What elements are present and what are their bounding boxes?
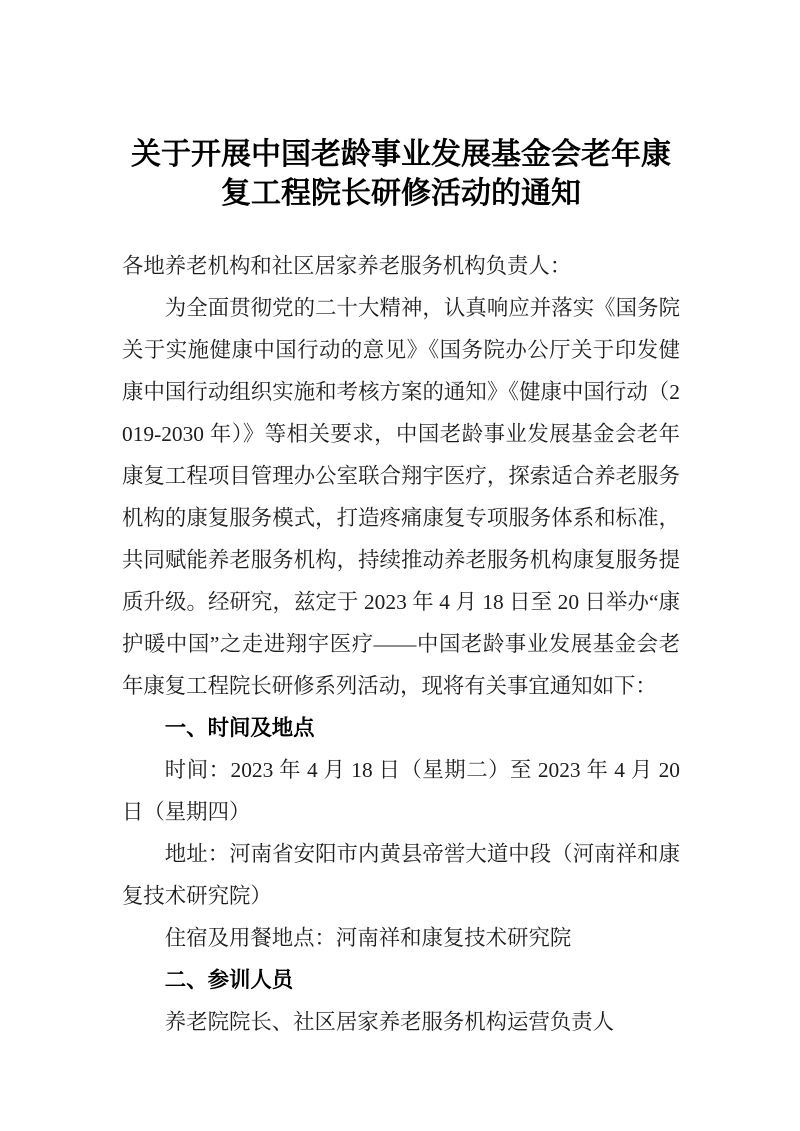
- section-1-time-paragraph: 时间：2023 年 4 月 18 日（星期二）至 2023 年 4 月 20 日…: [122, 749, 680, 833]
- salutation: 各地养老机构和社区居家养老服务机构负责人：: [122, 245, 680, 287]
- document-title: 关于开展中国老龄事业发展基金会老年康复工程院长研修活动的通知: [122, 135, 680, 213]
- document-page: 关于开展中国老龄事业发展基金会老年康复工程院长研修活动的通知 各地养老机构和社区…: [0, 0, 800, 1131]
- intro-paragraph: 为全面贯彻党的二十大精神，认真响应并落实《国务院关于实施健康中国行动的意见》《国…: [122, 287, 680, 707]
- section-1-heading: 一、时间及地点: [122, 707, 680, 749]
- section-2-heading: 二、参训人员: [122, 959, 680, 1001]
- section-1-lodging-paragraph: 住宿及用餐地点：河南祥和康复技术研究院: [122, 917, 680, 959]
- section-1-address-paragraph: 地址：河南省安阳市内黄县帝喾大道中段（河南祥和康复技术研究院）: [122, 833, 680, 917]
- section-2-participants-paragraph: 养老院院长、社区居家养老服务机构运营负责人: [122, 1001, 680, 1043]
